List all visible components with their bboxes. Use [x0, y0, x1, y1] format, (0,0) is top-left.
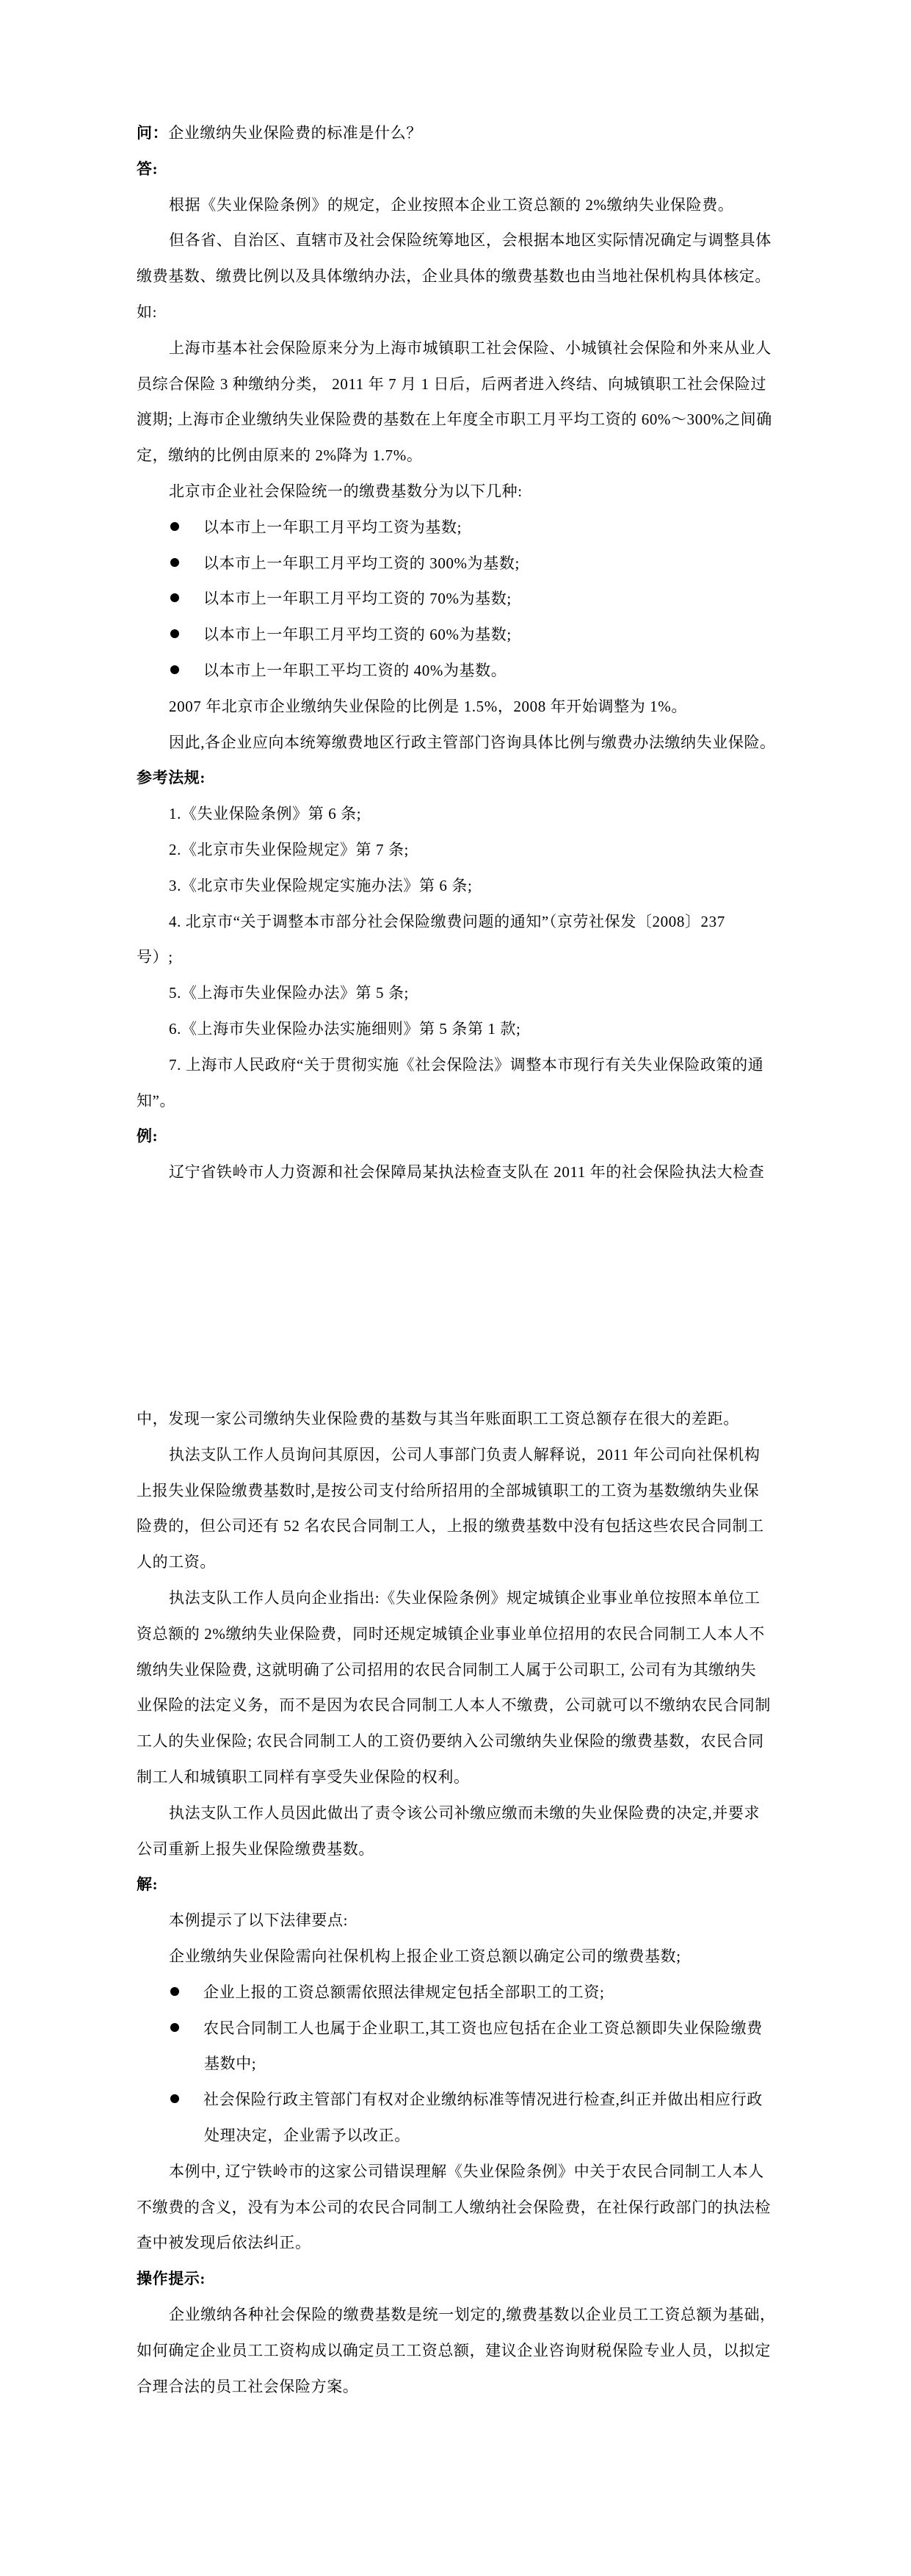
text-line: 知”。 [137, 1091, 175, 1110]
bullet-text: 以本市上一年职工月平均工资的 70%为基数; [203, 590, 512, 607]
text-line: 上海市基本社会保险原来分为上海市城镇职工社会保险、小城镇社会保险和外来从业人 [169, 339, 772, 358]
text-line: 如: [137, 303, 157, 322]
bullet-text: 以本市上一年职工月平均工资的 300%为基数; [203, 554, 520, 572]
text-line: 辽宁省铁岭市人力资源和社会保障局某执法检查支队在 2011 年的社会保险执法大检… [169, 1162, 764, 1182]
text-line: 企业缴纳各种社会保险的缴费基数是统一划定的,缴费基数以企业员工工资总额为基础， [169, 2305, 776, 2324]
bullet-text: 以本市上一年职工平均工资的 40%为基数。 [203, 662, 507, 679]
text-line: 因此,各企业应向本统筹缴费地区行政主管部门咨询具体比例与缴费办法缴纳失业保险。 [169, 733, 776, 752]
section-label: 例: [137, 1126, 158, 1146]
bullet-text: 农民合同制工人也属于企业职工,其工资也应包括在企业工资总额即失业保险缴费 [203, 2019, 763, 2037]
bullet-icon [170, 522, 179, 531]
text-line: 制工人和城镇职工同样有享受失业保险的权利。 [137, 1768, 470, 1787]
bullet-icon [170, 2023, 179, 2032]
section-label: 参考法规: [137, 768, 206, 787]
question-line: 问：企业缴纳失业保险费的标准是什么？ [137, 123, 422, 142]
question-text: 企业缴纳失业保险费的标准是什么？ [168, 124, 422, 142]
text-line: 不缴费的含义，没有为本公司的农民合同制工人缴纳社会保险费，在社保行政部门的执法检 [137, 2198, 771, 2217]
text-line: 1.《失业保险条例》第 6 条; [169, 804, 361, 823]
text-line: 处理决定，企业需予以改正。 [204, 2126, 410, 2145]
text-line: 执法支队工作人员向企业指出:《失业保险条例》规定城镇企业事业单位按照本单位工 [169, 1588, 761, 1607]
bullet-item: 以本市上一年职工平均工资的 40%为基数。 [170, 661, 507, 680]
text-line: 基数中; [204, 2054, 256, 2073]
page-1: 问：企业缴纳失业保险费的标准是什么？答:根据《失业保险条例》的规定，企业按照本企… [0, 0, 911, 1288]
text-line: 2.《北京市失业保险规定》第 7 条; [169, 840, 409, 859]
bullet-icon [170, 593, 179, 602]
section-label: 解: [137, 1875, 158, 1894]
bullet-item: 社会保险行政主管部门有权对企业缴纳标准等情况进行检查,纠正并做出相应行政 [170, 2090, 763, 2109]
text-line: 2007 年北京市企业缴纳失业保险的比例是 1.5%，2008 年开始调整为 1… [169, 697, 687, 716]
bullet-item: 以本市上一年职工月平均工资的 300%为基数; [170, 554, 520, 573]
bullet-text: 以本市上一年职工月平均工资的 60%为基数; [203, 626, 512, 643]
text-line: 本例中, 辽宁铁岭市的这家公司错误理解《失业保险条例》中关于农民合同制工人本人 [169, 2162, 764, 2181]
text-line: 业保险的法定义务，而不是因为农民合同制工人本人不缴费，公司就可以不缴纳农民合同制 [137, 1696, 771, 1715]
bullet-text: 社会保险行政主管部门有权对企业缴纳标准等情况进行检查,纠正并做出相应行政 [203, 2091, 763, 2108]
text-line: 3.《北京市失业保险规定实施办法》第 6 条; [169, 876, 472, 895]
section-label: 答: [137, 159, 158, 178]
bullet-item: 企业上报的工资总额需依照法律规定包括全部职工的工资; [170, 1983, 604, 2002]
text-line: 4. 北京市“关于调整本市部分社会保险缴费问题的通知”（京劳社保发〔2008〕2… [169, 912, 725, 931]
text-line: 6.《上海市失业保险办法实施细则》第 5 条第 1 款; [169, 1019, 520, 1038]
text-line: 7. 上海市人民政府“关于贯彻实施《社会保险法》调整本市现行有关失业保险政策的通 [169, 1055, 763, 1074]
text-line: 缴费基数、缴费比例以及具体缴纳办法，企业具体的缴费基数也由当地社保机构具体核定。 [137, 267, 771, 286]
question-label: 问： [137, 124, 168, 142]
text-line: 执法支队工作人员因此做出了责令该公司补缴应缴而未缴的失业保险费的决定,并要求 [169, 1803, 760, 1823]
text-line: 根据《失业保险条例》的规定，企业按照本企业工资总额的 2%缴纳失业保险费。 [169, 195, 733, 214]
bullet-icon [170, 1987, 179, 1996]
text-line: 企业缴纳失业保险需向社保机构上报企业工资总额以确定公司的缴费基数; [169, 1947, 681, 1966]
text-line: 查中被发现后依法纠正。 [137, 2233, 311, 2252]
text-line: 公司重新上报失业保险缴费基数。 [137, 1839, 374, 1859]
text-line: 上报失业保险缴费基数时,是按公司支付给所招用的全部城镇职工的工资为基数缴纳失业保 [137, 1481, 759, 1500]
bullet-item: 以本市上一年职工月平均工资的 60%为基数; [170, 625, 512, 644]
text-line: 中，发现一家公司缴纳失业保险费的基数与其当年账面职工工资总额存在很大的差距。 [137, 1409, 739, 1428]
text-line: 本例提示了以下法律要点: [169, 1911, 348, 1930]
page-2: 中，发现一家公司缴纳失业保险费的基数与其当年账面职工工资总额存在很大的差距。执法… [0, 1288, 911, 2576]
text-line: 合理合法的员工社会保险方案。 [137, 2377, 358, 2396]
text-line: 5.《上海市失业保险办法》第 5 条; [169, 983, 409, 1002]
bullet-text: 企业上报的工资总额需依照法律规定包括全部职工的工资; [203, 1983, 604, 2001]
text-line: 渡期; 上海市企业缴纳失业保险费的基数在上年度全市职工月平均工资的 60%～30… [137, 410, 772, 429]
text-line: 人的工资。 [137, 1552, 216, 1571]
text-line: 险费的，但公司还有 52 名农民合同制工人，上报的缴费基数中没有包括这些农民合同… [137, 1516, 764, 1535]
text-line: 缴纳失业保险费, 这就明确了公司招用的农民合同制工人属于公司职工, 公司有为其缴… [137, 1660, 756, 1679]
text-line: 定，缴纳的比例由原来的 2%降为 1.7%。 [137, 446, 422, 465]
bullet-item: 以本市上一年职工月平均工资的 70%为基数; [170, 589, 512, 608]
bullet-icon [170, 558, 179, 567]
text-line: 但各省、自治区、直辖市及社会保险统筹地区，会根据本地区实际情况确定与调整具体 [169, 231, 772, 250]
bullet-icon [170, 2094, 179, 2103]
text-line: 北京市企业社会保险统一的缴费基数分为以下几种: [169, 482, 523, 501]
document: 问：企业缴纳失业保险费的标准是什么？答:根据《失业保险条例》的规定，企业按照本企… [0, 0, 911, 2576]
bullet-item: 农民合同制工人也属于企业职工,其工资也应包括在企业工资总额即失业保险缴费 [170, 2019, 763, 2038]
bullet-item: 以本市上一年职工月平均工资为基数; [170, 518, 462, 537]
text-line: 工人的失业保险; 农民合同制工人的工资仍要纳入公司缴纳失业保险的缴费基数，农民合… [137, 1732, 764, 1751]
text-line: 如何确定企业员工工资构成以确定员工工资总额，建议企业咨询财税保险专业人员，以拟定 [137, 2341, 771, 2360]
section-label: 操作提示: [137, 2269, 206, 2288]
bullet-icon [170, 665, 179, 674]
text-line: 员综合保险 3 种缴纳分类， 2011 年 7 月 1 日后，后两者进入终结、向… [137, 375, 766, 394]
text-line: 资总额的 2%缴纳失业保险费，同时还规定城镇企业事业单位招用的农民合同制工人本人… [137, 1624, 765, 1643]
text-line: 号）; [137, 947, 173, 966]
bullet-text: 以本市上一年职工月平均工资为基数; [203, 518, 462, 536]
text-line: 执法支队工作人员询问其原因，公司人事部门负责人解释说，2011 年公司向社保机构 [169, 1445, 760, 1464]
bullet-icon [170, 629, 179, 638]
